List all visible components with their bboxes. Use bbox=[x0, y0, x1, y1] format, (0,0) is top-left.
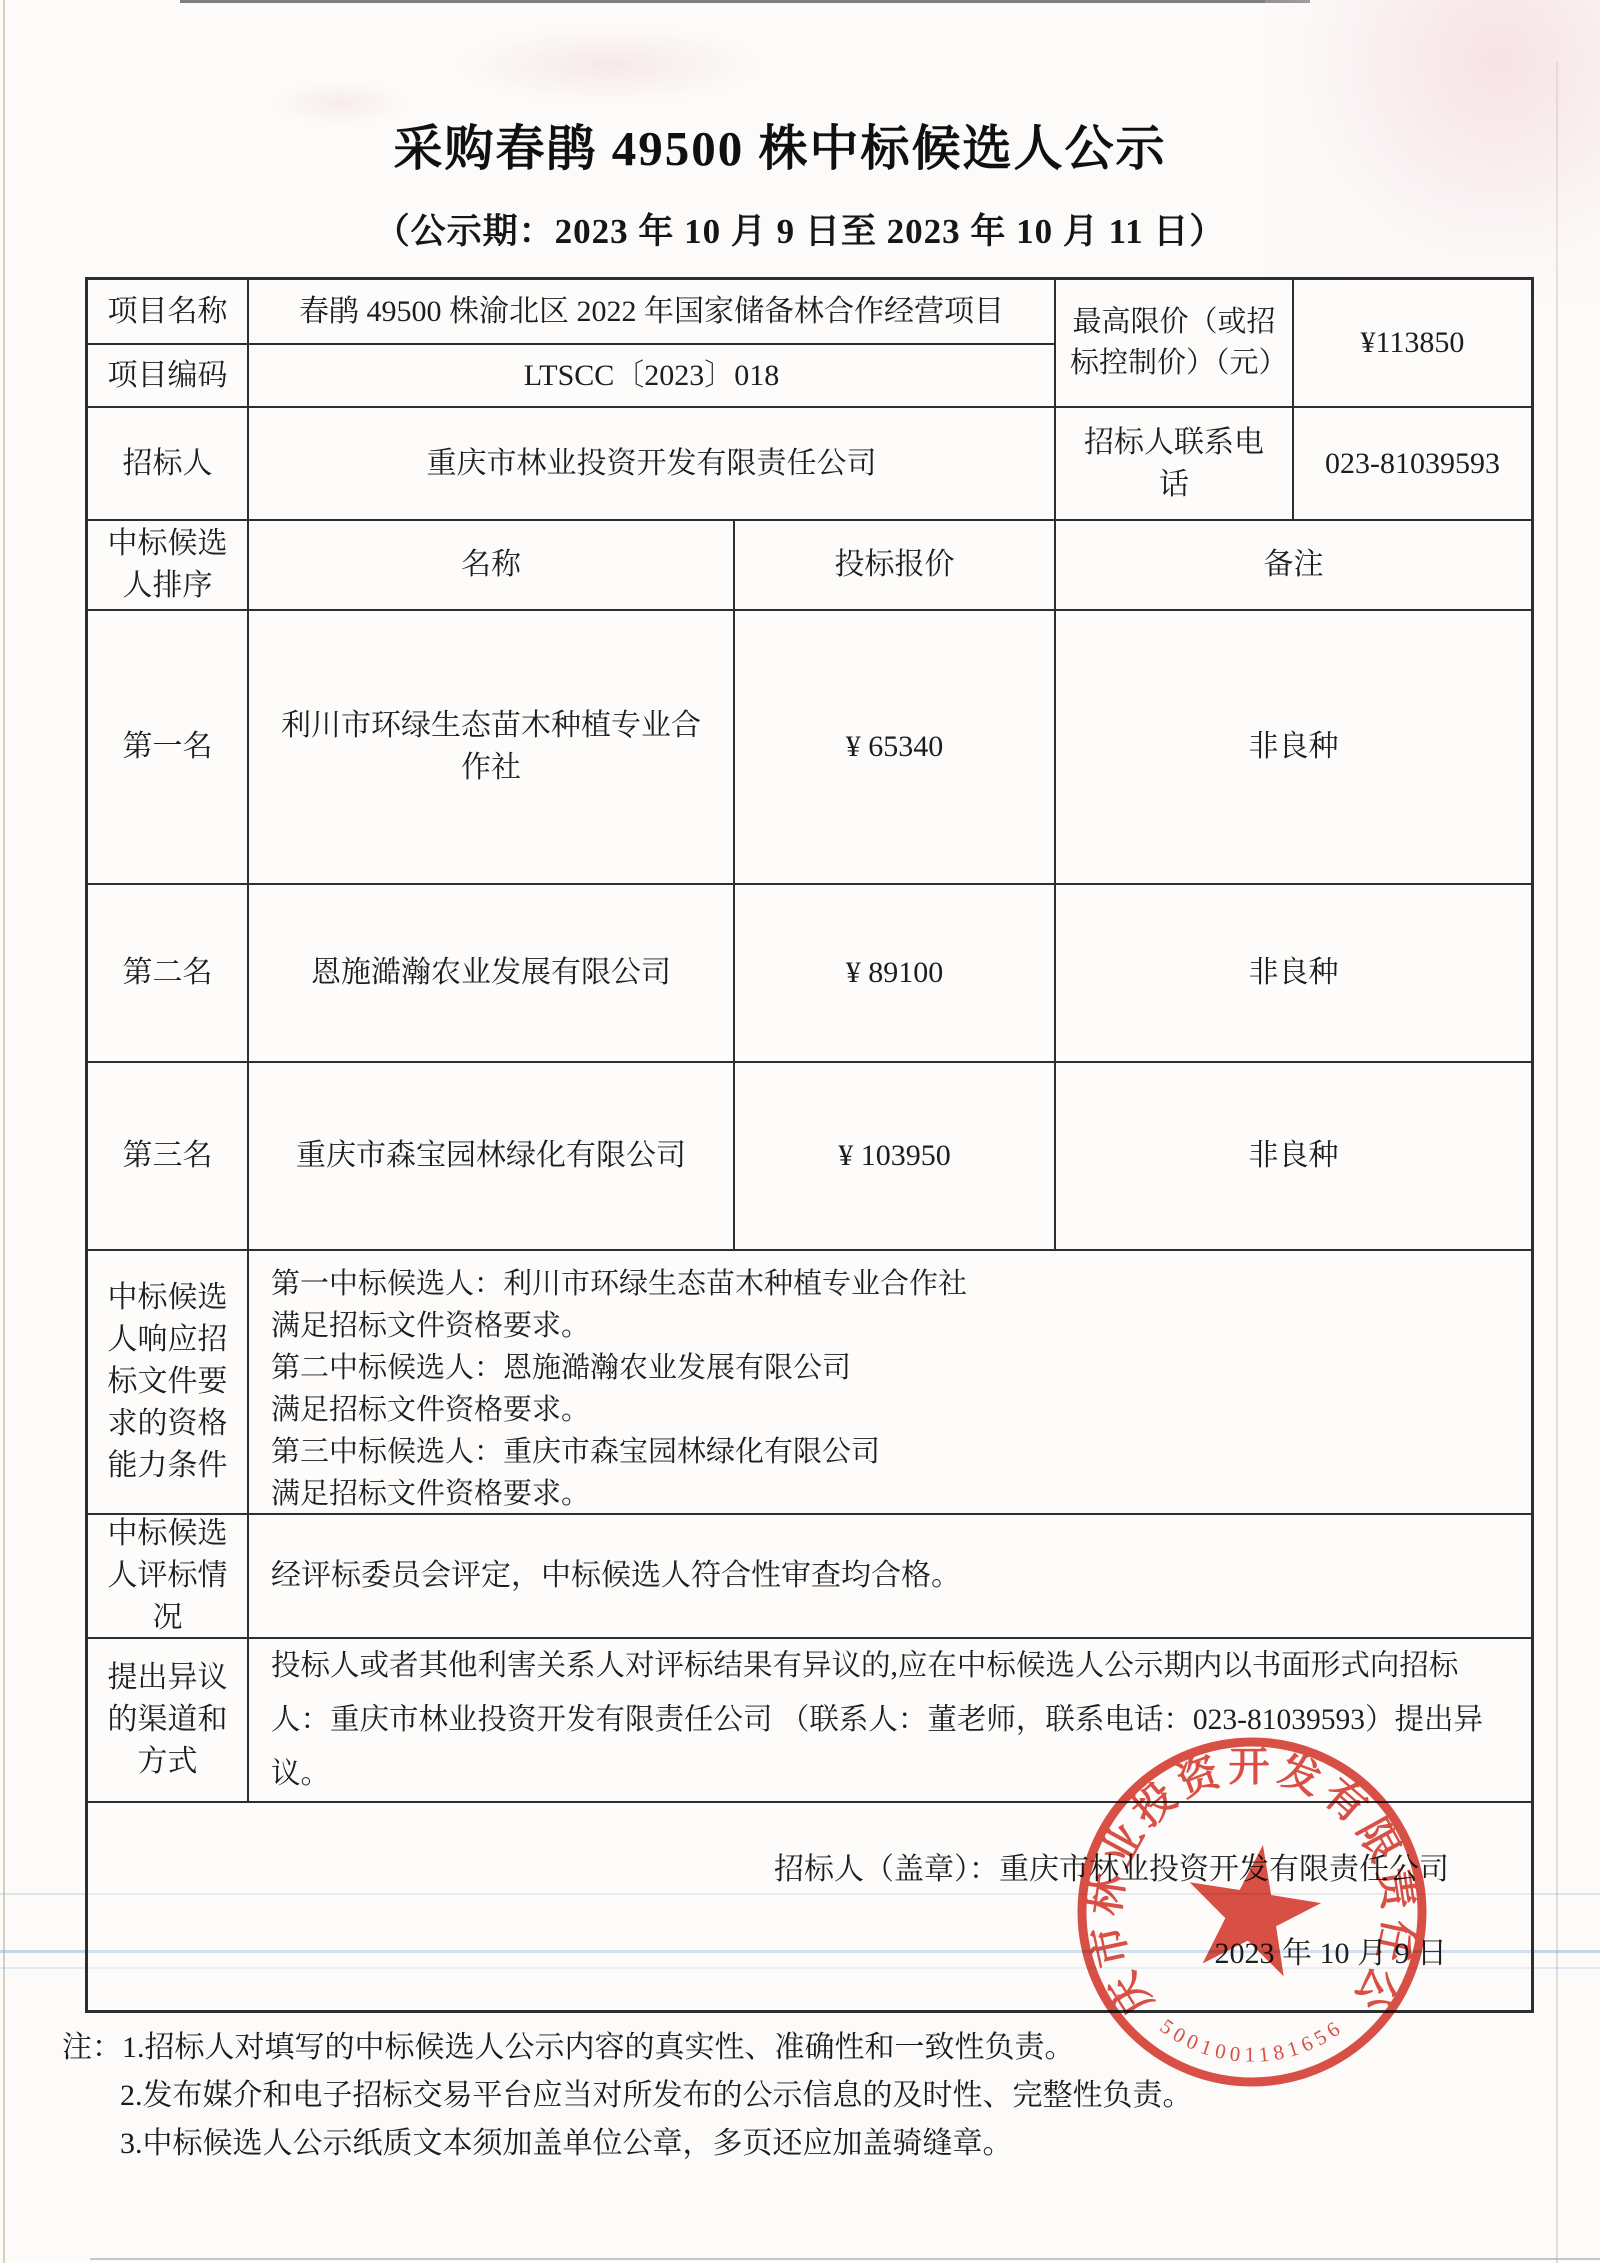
scan-pink-smudge bbox=[455, 25, 765, 105]
qualification-line: 第三中标候选人：重庆市森宝园林绿化有限公司 bbox=[271, 1431, 1513, 1473]
qualification-content: 第一中标候选人：利川市环绿生态苗木种植专业合作社 满足招标文件资格要求。 第二中… bbox=[249, 1251, 1531, 1515]
svg-text:5001001181656: 5001001181656 bbox=[1156, 2014, 1348, 2067]
qualification-line: 满足招标文件资格要求。 bbox=[271, 1473, 1513, 1515]
candidate-name-cell: 利川市环绿生态苗木种植专业合作社 bbox=[249, 611, 735, 885]
candidate-price-cell: ¥ 65340 bbox=[735, 611, 1056, 885]
star-icon bbox=[1177, 1834, 1328, 1980]
tenderee-value-cell: 重庆市林业投资开发有限责任公司 bbox=[249, 408, 1056, 521]
project-code-value-cell: LTSCC〔2023〕018 bbox=[249, 345, 1056, 408]
scan-bottom-edge-line bbox=[90, 2258, 1600, 2260]
candidates-header-note: 备注 bbox=[1056, 521, 1531, 611]
scan-left-edge-line bbox=[3, 0, 5, 2263]
note-item: 1.招标人对填写的中标候选人公示内容的真实性、准确性和一致性负责。 bbox=[122, 2031, 1075, 2064]
page-title: 采购春鹃 49500 株中标候选人公示 bbox=[0, 110, 1560, 180]
candidate-note-cell: 非良种 bbox=[1056, 611, 1531, 885]
evaluation-label-cell: 中标候选人评标情况 bbox=[88, 1515, 249, 1639]
tenderee-phone-label-cell: 招标人联系电话 bbox=[1056, 408, 1294, 521]
qualification-line: 第二中标候选人：恩施澔瀚农业发展有限公司 bbox=[271, 1347, 1513, 1389]
candidates-header-rank: 中标候选人排序 bbox=[88, 521, 249, 611]
candidate-rank-cell: 第三名 bbox=[88, 1063, 249, 1251]
candidate-rank-cell: 第二名 bbox=[88, 885, 249, 1063]
tenderee-label-cell: 招标人 bbox=[88, 408, 249, 521]
qualification-line: 满足招标文件资格要求。 bbox=[271, 1305, 1513, 1347]
candidate-name-cell: 重庆市森宝园林绿化有限公司 bbox=[249, 1063, 735, 1251]
max-price-label-cell: 最高限价（或招标控制价）（元） bbox=[1056, 280, 1294, 408]
note-prefix: 注： bbox=[62, 2031, 122, 2064]
candidate-note-cell: 非良种 bbox=[1056, 885, 1531, 1063]
scan-top-edge-line bbox=[180, 0, 1310, 3]
note-line-3: 3.中标候选人公示纸质文本须加盖单位公章，多页还应加盖骑缝章。 bbox=[62, 2120, 1492, 2168]
stamp-company-arc-text: 重庆市林业投资开发有限责任公司 bbox=[1062, 1722, 1423, 2023]
candidate-name-cell: 恩施澔瀚农业发展有限公司 bbox=[249, 885, 735, 1063]
qualification-line: 第一中标候选人：利川市环绿生态苗木种植专业合作社 bbox=[271, 1263, 1513, 1305]
project-name-value-cell: 春鹃 49500 株渝北区 2022 年国家储备林合作经营项目 bbox=[249, 280, 1056, 345]
note-item: 3.中标候选人公示纸质文本须加盖单位公章，多页还应加盖骑缝章。 bbox=[120, 2127, 1013, 2160]
max-price-value-cell: ¥113850 bbox=[1294, 280, 1531, 408]
candidates-header-price: 投标报价 bbox=[735, 521, 1056, 611]
candidate-price-cell: ¥ 89100 bbox=[735, 885, 1056, 1063]
project-name-label-cell: 项目名称 bbox=[88, 280, 249, 345]
scan-right-fold-line bbox=[1556, 62, 1558, 2263]
candidate-price-cell: ¥ 103950 bbox=[735, 1063, 1056, 1251]
candidate-rank-cell: 第一名 bbox=[88, 611, 249, 885]
company-seal-stamp: 重庆市林业投资开发有限责任公司 5001001181656 bbox=[1062, 1722, 1442, 2102]
project-code-label-cell: 项目编码 bbox=[88, 345, 249, 408]
objection-label-cell: 提出异议的渠道和方式 bbox=[88, 1639, 249, 1803]
candidates-header-name: 名称 bbox=[249, 521, 735, 611]
candidate-note-cell: 非良种 bbox=[1056, 1063, 1531, 1251]
page-subtitle: （公示期：2023 年 10 月 9 日至 2023 年 10 月 11 日） bbox=[0, 204, 1600, 254]
evaluation-content: 经评标委员会评定，中标候选人符合性审查均合格。 bbox=[249, 1515, 1531, 1639]
qualification-line: 满足招标文件资格要求。 bbox=[271, 1389, 1513, 1431]
svg-text:重庆市林业投资开发有限责任公司: 重庆市林业投资开发有限责任公司 bbox=[1062, 1722, 1423, 2023]
stamp-code-arc-text: 5001001181656 bbox=[1156, 2014, 1348, 2067]
tenderee-phone-value-cell: 023-81039593 bbox=[1294, 408, 1531, 521]
qualification-label-cell: 中标候选人响应招标文件要求的资格能力条件 bbox=[88, 1251, 249, 1515]
note-item: 2.发布媒介和电子招标交易平台应当对所发布的公示信息的及时性、完整性负责。 bbox=[120, 2079, 1193, 2112]
